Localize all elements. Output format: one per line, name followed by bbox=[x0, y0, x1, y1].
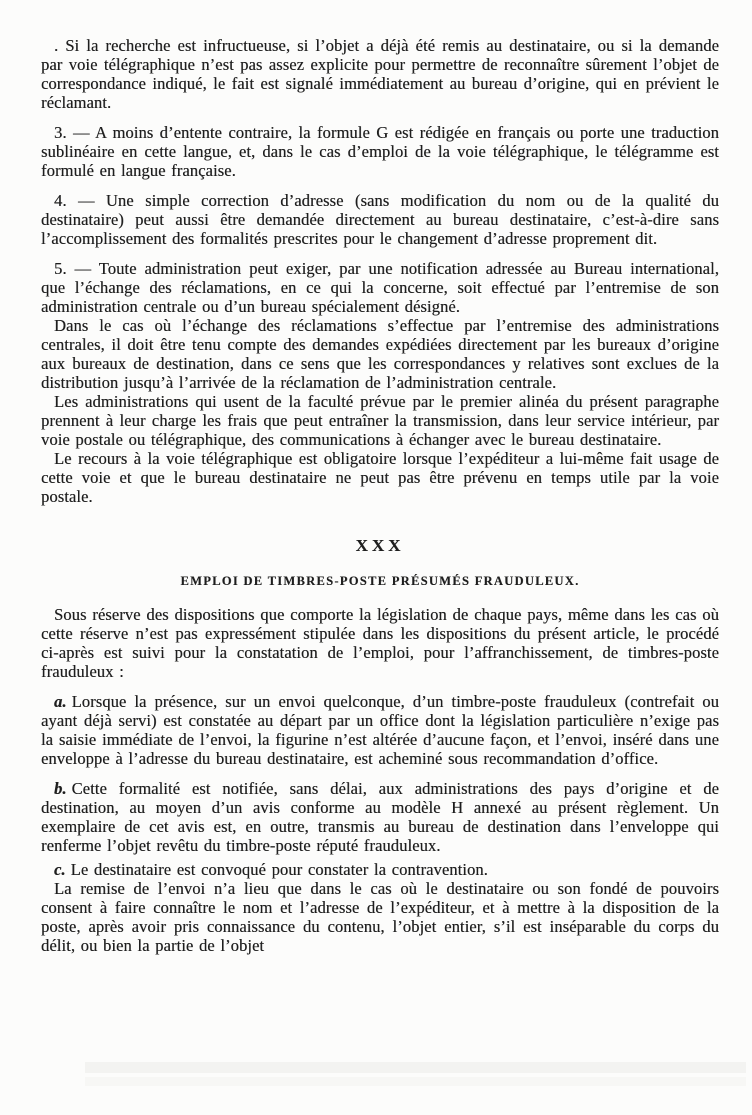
paragraph-text: . Si la recherche est infructueuse, si l… bbox=[41, 36, 719, 112]
paragraph-text: Cette formalité est notifiée, sans délai… bbox=[41, 779, 719, 855]
paragraph-lead: b. bbox=[54, 779, 67, 798]
section-title-heading: EMPLOI DE TIMBRES-POSTE PRÉSUMÉS FRAUDUL… bbox=[41, 573, 719, 589]
paragraph-item-a: a.Lorsque la présence, sur un envoi quel… bbox=[41, 692, 719, 768]
scanned-book-page: . Si la recherche est infructueuse, si l… bbox=[0, 0, 752, 1115]
paragraph-text: Sous réserve des dispositions que compor… bbox=[41, 605, 719, 681]
paragraph-text: 5. — Toute administration peut exiger, p… bbox=[41, 259, 719, 316]
paragraph-clause-5: 5. — Toute administration peut exiger, p… bbox=[41, 259, 719, 316]
paragraph: . Si la recherche est infructueuse, si l… bbox=[41, 36, 719, 112]
paragraph-clause-3: 3. — A moins d’entente contraire, la for… bbox=[41, 123, 719, 180]
paragraph-text: Les administrations qui usent de la facu… bbox=[41, 392, 719, 449]
paragraph-lead: a. bbox=[54, 692, 67, 711]
paragraph-text: Dans le cas où l’échange des réclamation… bbox=[41, 316, 719, 392]
paragraph-item-c: c.Le destinataire est convoqué pour cons… bbox=[41, 860, 719, 879]
paragraph-text: Le destinataire est convoqué pour consta… bbox=[71, 860, 488, 879]
paragraph-text: Lorsque la présence, sur un envoi quelco… bbox=[41, 692, 719, 768]
paragraph: Les administrations qui usent de la facu… bbox=[41, 392, 719, 449]
scan-artifact-band bbox=[85, 1077, 746, 1086]
paragraph-text: 4. — Une simple correction d’adresse (sa… bbox=[41, 191, 719, 248]
paragraph-lead: c. bbox=[54, 860, 66, 879]
paragraph-clause-4: 4. — Une simple correction d’adresse (sa… bbox=[41, 191, 719, 248]
paragraph-text: 3. — A moins d’entente contraire, la for… bbox=[41, 123, 719, 180]
paragraph: Le recours à la voie télégraphique est o… bbox=[41, 449, 719, 506]
text-column: . Si la recherche est infructueuse, si l… bbox=[0, 0, 752, 955]
scan-artifact-band bbox=[85, 1062, 746, 1073]
paragraph-item-b: b.Cette formalité est notifiée, sans dél… bbox=[41, 779, 719, 855]
paragraph-text: Le recours à la voie télégraphique est o… bbox=[41, 449, 719, 506]
paragraph: La remise de l’envoi n’a lieu que dans l… bbox=[41, 879, 719, 955]
paragraph-text: La remise de l’envoi n’a lieu que dans l… bbox=[41, 879, 719, 955]
paragraph: Sous réserve des dispositions que compor… bbox=[41, 605, 719, 681]
paragraph: Dans le cas où l’échange des réclamation… bbox=[41, 316, 719, 392]
section-number-heading: XXX bbox=[41, 536, 719, 556]
